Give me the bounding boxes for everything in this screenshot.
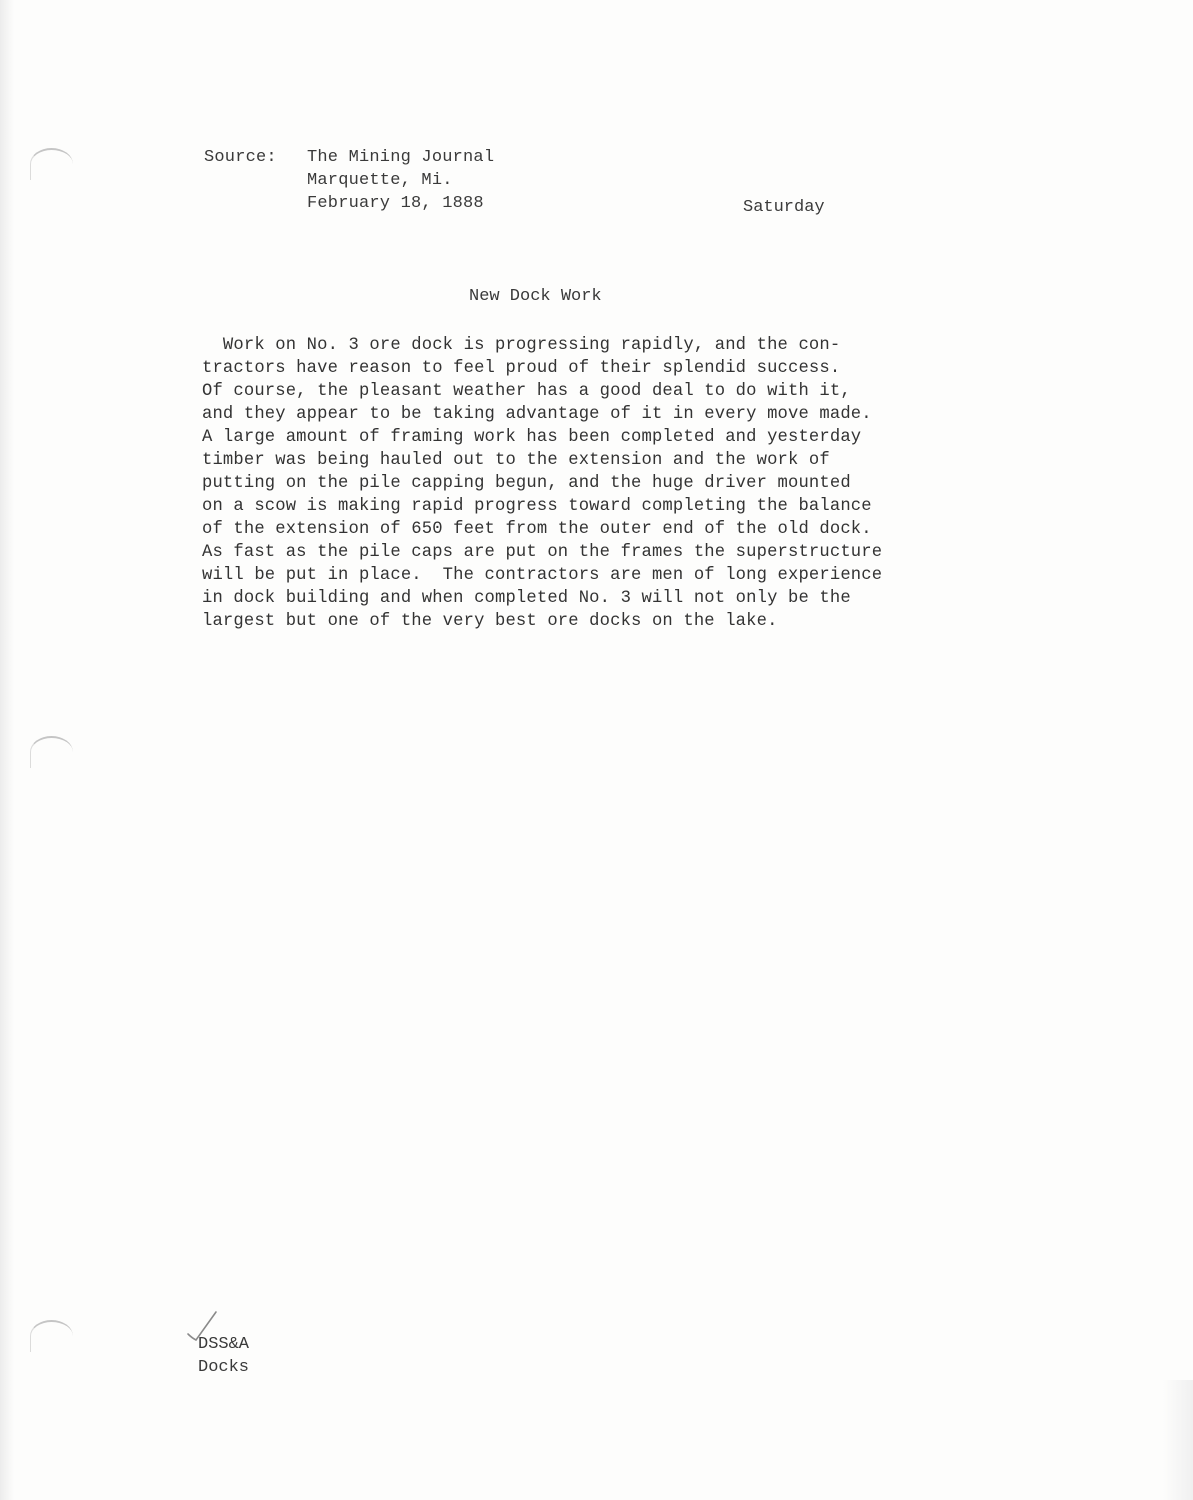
article-line: Work on No. 3 ore dock is progressing ra… [202, 334, 882, 357]
day-of-week: Saturday [743, 198, 825, 217]
punch-hole-mark [30, 148, 73, 180]
article-body: Work on No. 3 ore dock is progressing ra… [202, 334, 882, 633]
article-line: largest but one of the very best ore doc… [202, 610, 882, 633]
location-row: Marquette, Mi. [204, 169, 494, 192]
page-edge-shadow [0, 0, 14, 1500]
publication-date: February 18, 1888 [307, 192, 484, 215]
article-line: putting on the pile capping begun, and t… [202, 472, 882, 495]
page-edge-shadow-right [1163, 1380, 1193, 1500]
source-row: Source: The Mining Journal [204, 146, 494, 169]
publication-location: Marquette, Mi. [307, 169, 453, 192]
source-label: Source: [204, 146, 307, 169]
source-header: Source: The Mining Journal Marquette, Mi… [204, 146, 494, 215]
publication-name: The Mining Journal [307, 146, 494, 169]
footer-railroad: DSS&A [198, 1333, 249, 1356]
date-row: February 18, 1888 [204, 192, 494, 215]
footer-classification: DSS&A Docks [198, 1333, 249, 1379]
article-line: As fast as the pile caps are put on the … [202, 541, 882, 564]
article-line: will be put in place. The contractors ar… [202, 564, 882, 587]
article-line: timber was being hauled out to the exten… [202, 449, 882, 472]
article-line: Of course, the pleasant weather has a go… [202, 380, 882, 403]
article-line: and they appear to be taking advantage o… [202, 403, 882, 426]
article-line: A large amount of framing work has been … [202, 426, 882, 449]
punch-hole-mark [30, 1320, 73, 1352]
article-line: tractors have reason to feel proud of th… [202, 357, 882, 380]
footer-category: Docks [198, 1356, 249, 1379]
article-line: of the extension of 650 feet from the ou… [202, 518, 882, 541]
article-line: in dock building and when completed No. … [202, 587, 882, 610]
article-title: New Dock Work [469, 287, 602, 306]
article-line: on a scow is making rapid progress towar… [202, 495, 882, 518]
punch-hole-mark [30, 736, 73, 768]
